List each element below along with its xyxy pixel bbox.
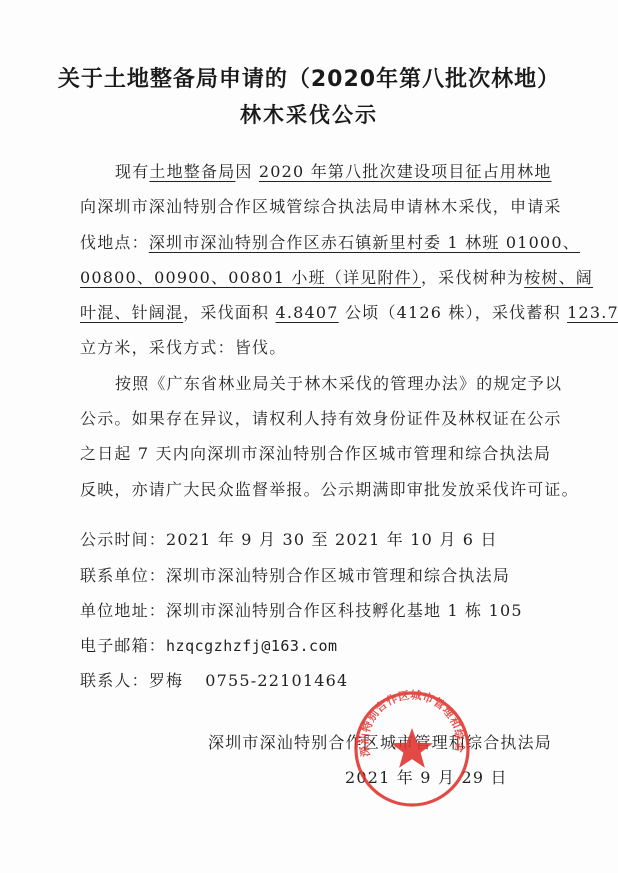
label: 联系人： bbox=[80, 671, 149, 690]
document-page: 关于土地整备局申请的（2020年第八批次林地） 林木采伐公示 现有土地整备局因 … bbox=[0, 0, 618, 873]
paragraph1-line3: 伐地点：深圳市深汕特别合作区赤石镇新里村委 1 林班 01000、 bbox=[80, 233, 560, 253]
paragraph1-line2: 向深圳市深汕特别合作区城管综合执法局申请林木采伐，申请采 bbox=[80, 197, 560, 217]
value: 深圳市深汕特别合作区科技孵化基地 1 栋 105 bbox=[166, 601, 523, 620]
harvest-location: 深圳市深汕特别合作区赤石镇新里村委 1 林班 01000、 bbox=[149, 233, 580, 252]
harvest-volume: 123.7 bbox=[567, 303, 618, 322]
text: ，采伐树种为 bbox=[421, 268, 524, 287]
value: 深圳市深汕特别合作区城市管理和综合执法局 bbox=[166, 566, 510, 585]
text: 现有 bbox=[115, 162, 149, 181]
paragraph2-line3: 之日起 7 天内向深圳市深汕特别合作区城市管理和综合执法局 bbox=[80, 444, 560, 464]
text: ，采伐面积 bbox=[183, 303, 275, 322]
harvest-subcompartments: 00800、00900、00801 小班（详见附件） bbox=[80, 268, 421, 287]
unit-address: 单位地址：深圳市深汕特别合作区科技孵化基地 1 栋 105 bbox=[80, 601, 523, 621]
paragraph1-line6: 立方米，采伐方式：皆伐。 bbox=[80, 338, 560, 358]
paragraph1-line5: 叶混、针阔混，采伐面积 4.8407 公顷（4126 株），采伐蓄积 123.7 bbox=[80, 303, 560, 323]
text: 因 bbox=[235, 162, 259, 181]
applicant-name: 土地整备局 bbox=[149, 162, 235, 181]
tree-species-cont: 叶混、针阔混 bbox=[80, 303, 183, 322]
contact-person: 联系人：罗梅0755-22101464 bbox=[80, 671, 348, 691]
project-name: 2020 年第八批次建设项目征占用林地 bbox=[259, 162, 552, 181]
paragraph1-line1: 现有土地整备局因 2020 年第八批次建设项目征占用林地 bbox=[115, 162, 595, 182]
tree-species: 桉树、阔 bbox=[524, 268, 593, 287]
document-title-line2: 林木采伐公示 bbox=[0, 99, 618, 129]
label: 公示时间： bbox=[80, 530, 166, 549]
document-title-line1: 关于土地整备局申请的（2020年第八批次林地） bbox=[0, 62, 618, 93]
notice-period: 公示时间：2021 年 9 月 30 至 2021 年 10 月 6 日 bbox=[80, 530, 498, 550]
contact-unit: 联系单位：深圳市深汕特别合作区城市管理和综合执法局 bbox=[80, 566, 510, 586]
signature-org: 深圳市深汕特别合作区城市管理和综合执法局 bbox=[208, 733, 552, 753]
signature-date: 2021 年 9 月 29 日 bbox=[345, 768, 508, 788]
label: 电子邮箱： bbox=[80, 636, 166, 655]
text: 公顷（4126 株），采伐蓄积 bbox=[339, 303, 567, 322]
email-value: hzqcgzhzfj@163.com bbox=[166, 637, 338, 655]
email: 电子邮箱：hzqcgzhzfj@163.com bbox=[80, 636, 338, 656]
text: 伐地点： bbox=[80, 233, 149, 252]
value: 2021 年 9 月 30 至 2021 年 10 月 6 日 bbox=[166, 530, 498, 549]
paragraph2-line1: 按照《广东省林业局关于林木采伐的管理办法》的规定予以 bbox=[115, 374, 595, 394]
paragraph2-line2: 公示。如果存在异议，请权利人持有效身份证件及林权证在公示 bbox=[80, 409, 560, 429]
contact-name: 罗梅 bbox=[149, 671, 183, 690]
label: 联系单位： bbox=[80, 566, 166, 585]
harvest-area: 4.8407 bbox=[276, 303, 339, 322]
paragraph1-line4: 00800、00900、00801 小班（详见附件），采伐树种为桉树、阔 bbox=[80, 268, 560, 288]
label: 单位地址： bbox=[80, 601, 166, 620]
contact-phone: 0755-22101464 bbox=[205, 671, 348, 690]
paragraph2-line4: 反映，亦请广大民众监督举报。公示期满即审批发放采伐许可证。 bbox=[80, 480, 560, 500]
